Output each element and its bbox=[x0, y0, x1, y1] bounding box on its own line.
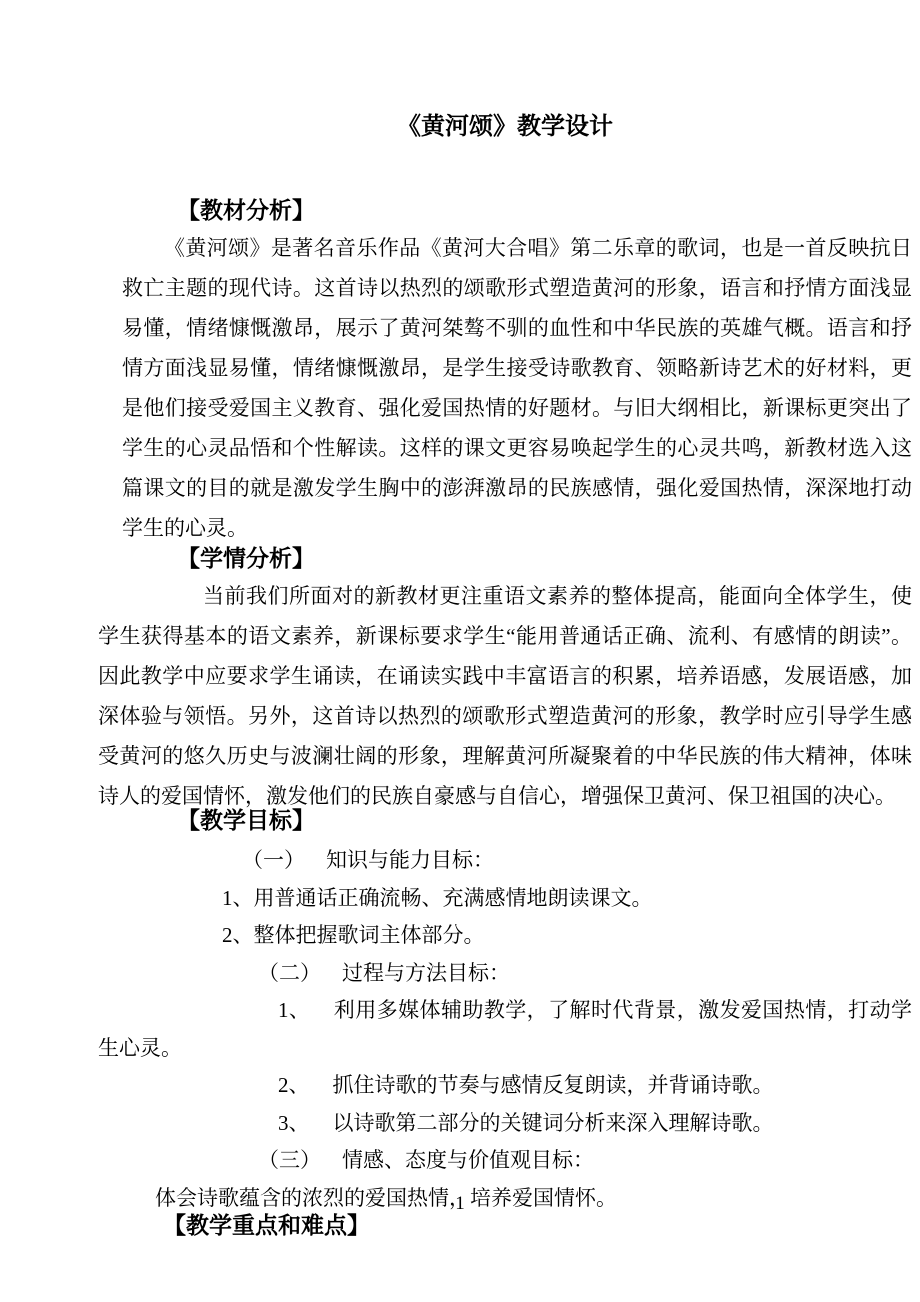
document-title: 《黄河颂》教学设计 bbox=[98, 112, 912, 142]
goal-group-3-label: （三） bbox=[258, 1148, 321, 1172]
goal-item-number: 2、 bbox=[278, 1073, 310, 1097]
goal-item: 1、用普通话正确流畅、充满感情地朗读课文。 bbox=[222, 880, 912, 918]
section-heading-textbook-analysis: 【教材分析】 bbox=[177, 196, 912, 224]
goal-group-1-heading: （一）知识与能力目标： bbox=[242, 842, 912, 880]
page-number: 1 bbox=[0, 1192, 920, 1216]
goal-item-number: 3、 bbox=[278, 1111, 310, 1135]
section-heading-learner-analysis: 【学情分析】 bbox=[177, 544, 912, 572]
goal-item-number: 1、 bbox=[278, 998, 310, 1022]
goal-item: 2、整体把握歌词主体部分。 bbox=[222, 917, 912, 955]
goal-item-text: 抓住诗歌的节奏与感情反复朗读，并背诵诗歌。 bbox=[333, 1073, 774, 1097]
goal-group-2-label: （二） bbox=[258, 961, 321, 985]
goal-item-text: 整体把握歌词主体部分。 bbox=[254, 923, 485, 947]
goal-item-text: 以诗歌第二部分的关键词分析来深入理解诗歌。 bbox=[333, 1111, 774, 1135]
goal-item-number: 1、 bbox=[222, 886, 254, 910]
teaching-goals-list: （一）知识与能力目标： 1、用普通话正确流畅、充满感情地朗读课文。 2、整体把握… bbox=[98, 842, 912, 1217]
learner-analysis-paragraph: 当前我们所面对的新教材更注重语文素养的整体提高，能面向全体学生，使学生获得基本的… bbox=[98, 576, 912, 816]
textbook-analysis-paragraph: 《黄河颂》是著名音乐作品《黄河大合唱》第二乐章的歌词，也是一首反映抗日救亡主题的… bbox=[122, 228, 912, 548]
goal-item-text: 用普通话正确流畅、充满感情地朗读课文。 bbox=[254, 886, 653, 910]
goal-group-1-title: 知识与能力目标： bbox=[326, 848, 494, 872]
goal-group-1-label: （一） bbox=[242, 848, 305, 872]
goal-group-3-title: 情感、态度与价值观目标： bbox=[342, 1148, 594, 1172]
goal-item: 3、以诗歌第二部分的关键词分析来深入理解诗歌。 bbox=[98, 1105, 912, 1143]
goal-item-number: 2、 bbox=[222, 923, 254, 947]
document-body: 《黄河颂》教学设计 【教材分析】 《黄河颂》是著名音乐作品《黄河大合唱》第二乐章… bbox=[98, 0, 912, 1239]
document-page: { "doc": { "title": "《黄河颂》教学设计" }, "sect… bbox=[0, 0, 920, 1302]
goal-group-2-title: 过程与方法目标： bbox=[342, 961, 510, 985]
goal-group-2-heading: （二）过程与方法目标： bbox=[258, 955, 912, 993]
goal-item: 2、抓住诗歌的节奏与感情反复朗读，并背诵诗歌。 bbox=[98, 1067, 912, 1105]
goal-item: 1、利用多媒体辅助教学，了解时代背景，激发爱国热情，打动学生心灵。 bbox=[98, 992, 912, 1067]
goal-item-text: 利用多媒体辅助教学，了解时代背景，激发爱国热情，打动学生心灵。 bbox=[98, 998, 912, 1060]
goal-group-3-heading: （三）情感、态度与价值观目标： bbox=[258, 1142, 912, 1180]
